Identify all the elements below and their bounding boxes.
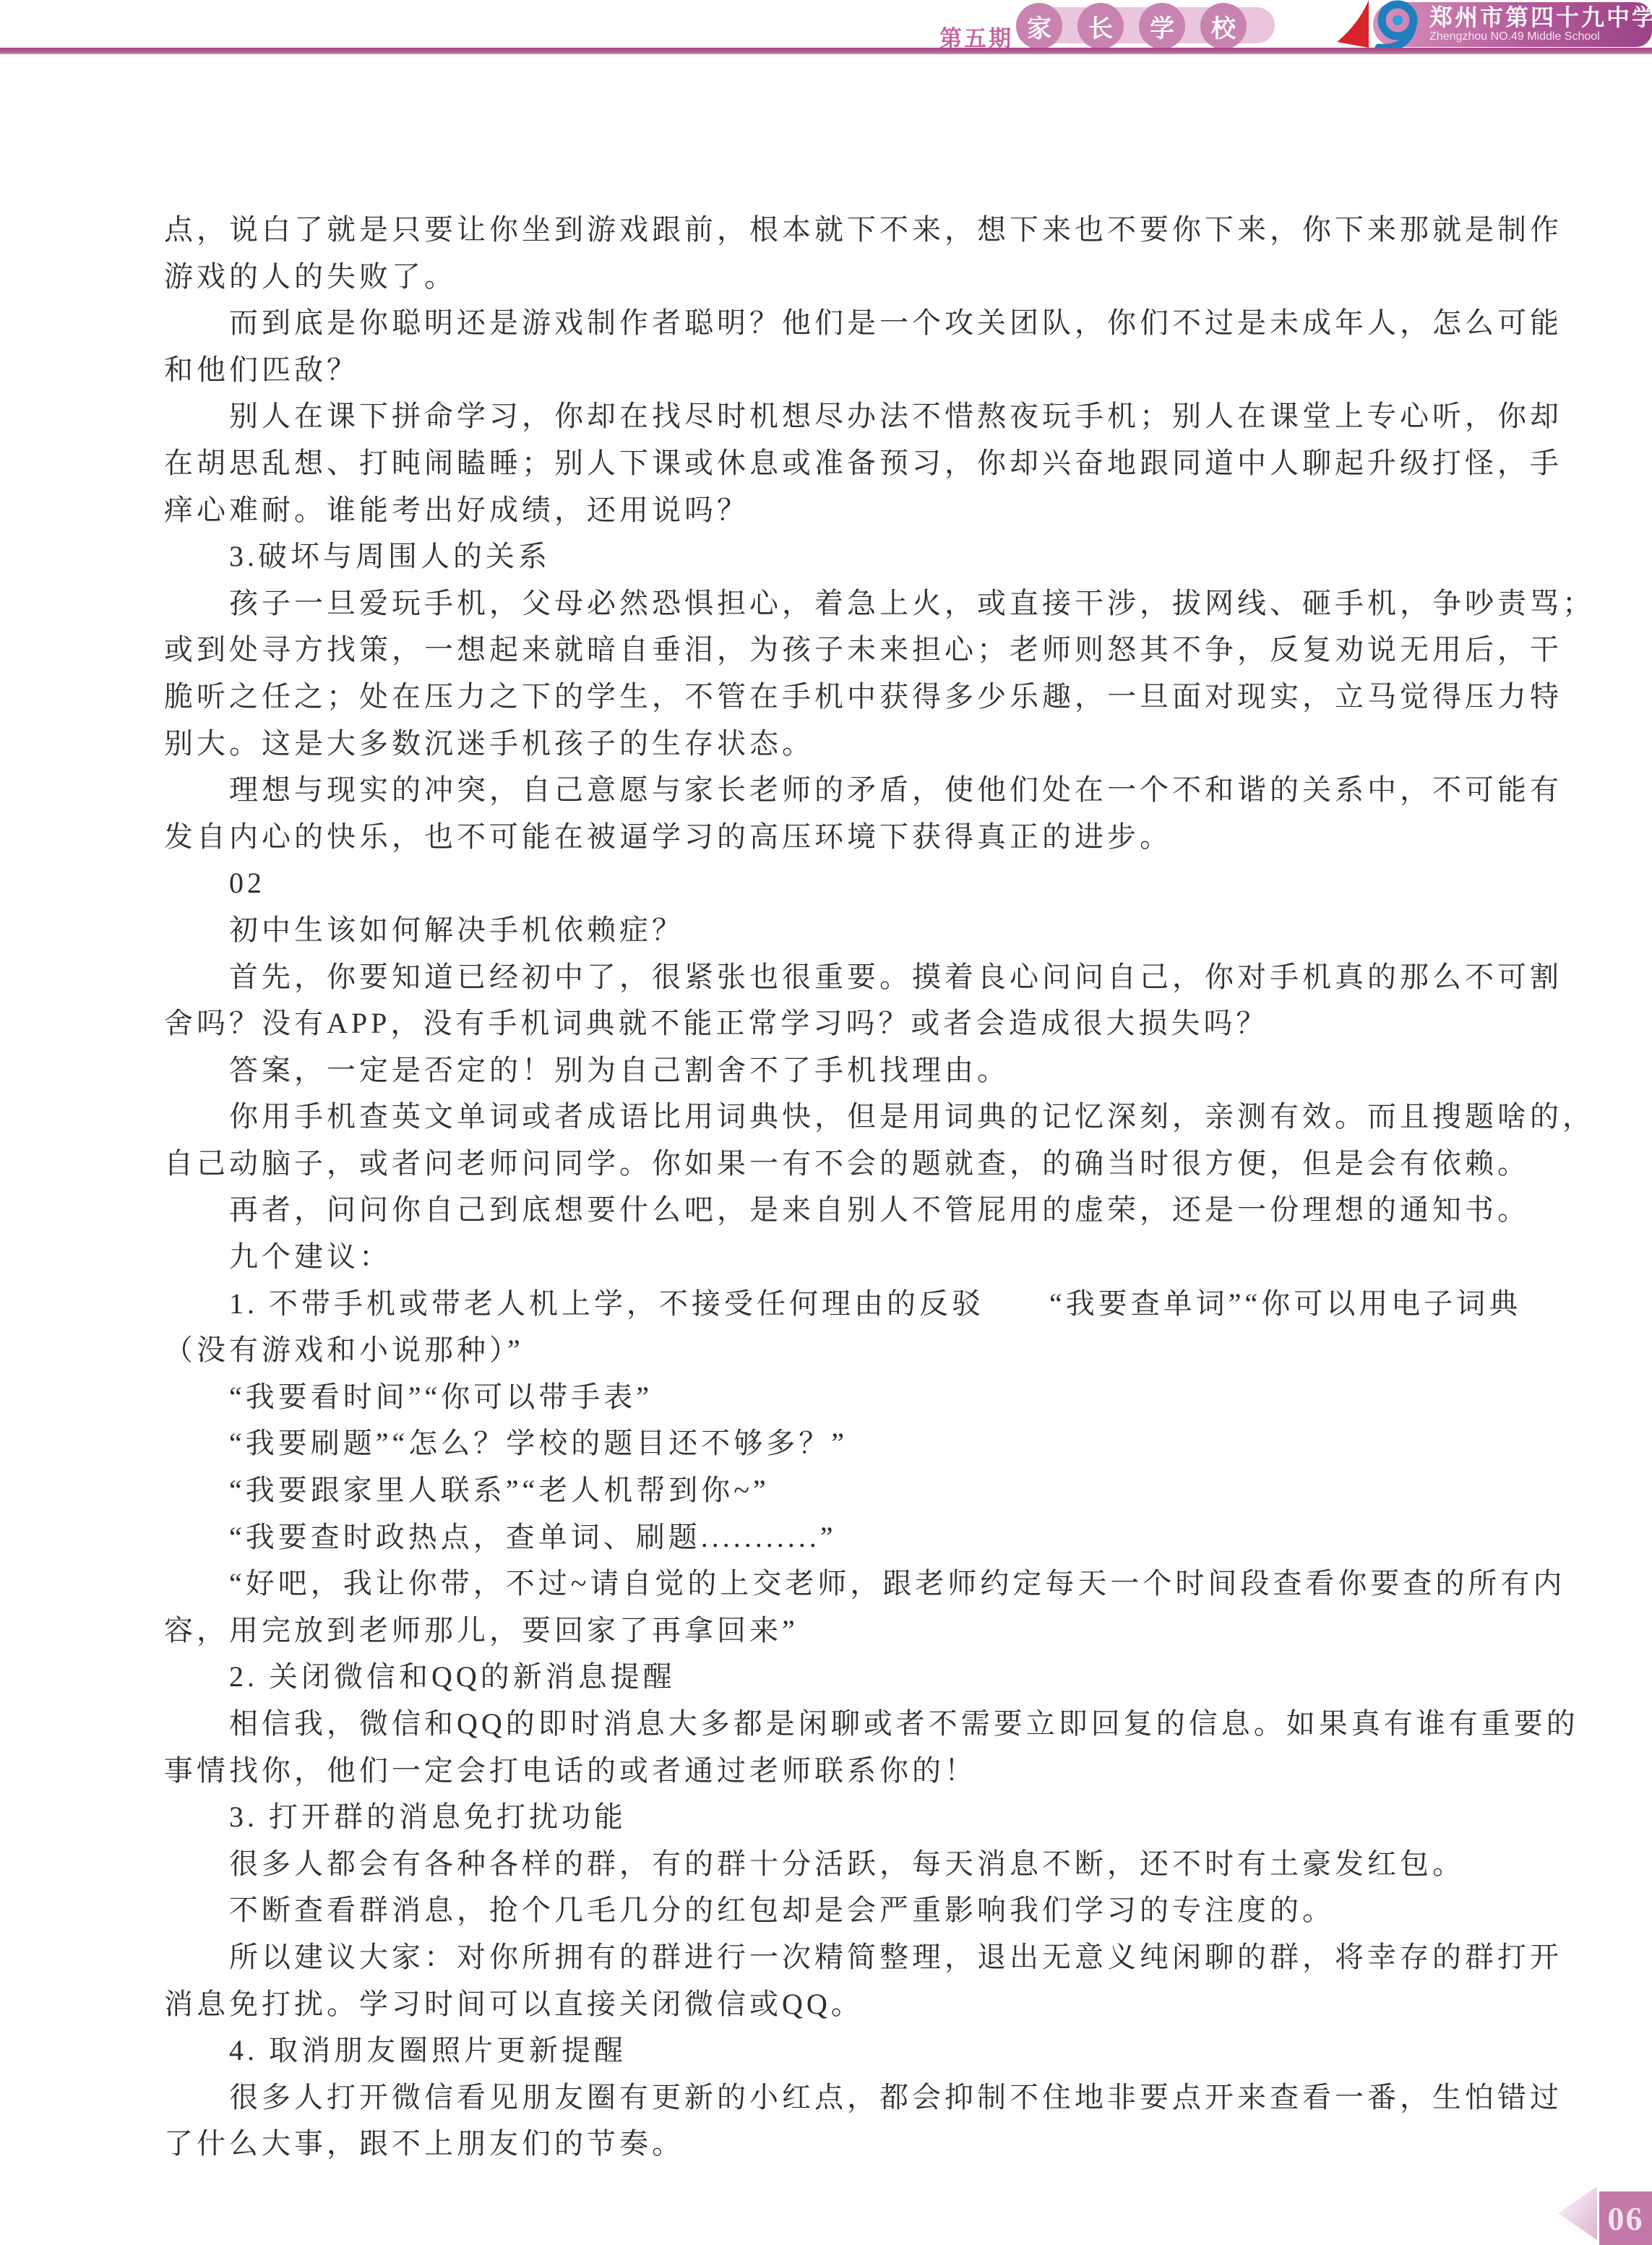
- article-line: 容，用完放到老师那儿，要回家了再拿回来”: [164, 1607, 1527, 1654]
- article-line: 别大。这是大多数沉迷手机孩子的生存状态。: [164, 721, 1527, 768]
- masthead-char-badge: 长: [1077, 3, 1124, 49]
- masthead-char: 学: [1150, 9, 1174, 44]
- masthead-char: 家: [1027, 9, 1051, 44]
- article-line: 孩子一旦爱玩手机，父母必然恐惧担心，着急上火，或直接干涉，拔网线、砸手机，争吵责…: [164, 580, 1527, 627]
- article-line: 或到处寻方找策，一想起来就暗自垂泪，为孩子未来担心；老师则怒其不争，反复劝说无用…: [164, 627, 1527, 674]
- article-line: 和他们匹敌？: [164, 347, 1527, 394]
- article-line: 了什么大事，跟不上朋友们的节奏。: [164, 2121, 1527, 2168]
- article-line: 而到底是你聪明还是游戏制作者聪明？他们是一个攻关团队，你们不过是未成年人，怎么可…: [164, 300, 1527, 347]
- school-name-cn: 郑州市第四十九中学: [1429, 5, 1652, 30]
- article-line: 02: [164, 860, 1527, 907]
- article-line: 答案，一定是否定的！别为自己割舍不了手机找理由。: [164, 1047, 1527, 1094]
- page-number: 06: [1608, 2199, 1644, 2238]
- article-line: 痒心难耐。谁能考出好成绩，还用说吗？: [164, 487, 1527, 534]
- article-line: 别人在课下拼命学习，你却在找尽时机想尽办法不惜熬夜玩手机；别人在课堂上专心听，你…: [164, 393, 1527, 440]
- article-line: 理想与现实的冲突，自己意愿与家长老师的矛盾，使他们处在一个不和谐的关系中，不可能…: [164, 767, 1527, 814]
- masthead-char-badge: 校: [1200, 3, 1247, 49]
- article-line: 很多人都会有各种各样的群，有的群十分活跃，每天消息不断，还不时有土豪发红包。: [164, 1841, 1527, 1888]
- article-line: “我要看时间”“你可以带手表”: [164, 1374, 1527, 1421]
- page-number-box: 06: [1599, 2192, 1652, 2245]
- article-line: 你用手机查英文单词或者成语比用词典快，但是用词典的记忆深刻，亲测有效。而且搜题啥…: [164, 1094, 1527, 1141]
- school-name-en: Zhengzhou NO.49 Middle School: [1429, 30, 1652, 44]
- article-line: 舍吗？没有APP，没有手机词典就不能正常学习吗？或者会造成很大损失吗？: [164, 1000, 1527, 1047]
- header-divider-rule: [0, 48, 1652, 54]
- article-line: 不断查看群消息，抢个几毛几分的红包却是会严重影响我们学习的专注度的。: [164, 1887, 1527, 1934]
- article-line: 脆听之任之；处在压力之下的学生，不管在手机中获得多少乐趣，一旦面对现实，立马觉得…: [164, 674, 1527, 721]
- article-line: 3.破坏与周围人的关系: [164, 533, 1527, 580]
- article-line: “好吧，我让你带，不过~请自觉的上交老师，跟老师约定每天一个时间段查看你要查的所…: [164, 1561, 1527, 1607]
- article-line: 4. 取消朋友圈照片更新提醒: [164, 2027, 1527, 2074]
- article-line: 九个建议：: [164, 1234, 1527, 1281]
- article-line: 自己动脑子，或者问老师问同学。你如果一有不会的题就查，的确当时很方便，但是会有依…: [164, 1141, 1527, 1188]
- masthead-char-badge: 家: [1016, 3, 1062, 49]
- article-line: （没有游戏和小说那种）”: [164, 1327, 1527, 1374]
- article-line: 点，说白了就是只要让你坐到游戏跟前，根本就下不来，想下来也不要你下来，你下来那就…: [164, 207, 1527, 254]
- article-line: “我要查时政热点，查单词、刷题...........”: [164, 1514, 1527, 1561]
- article-line: 1. 不带手机或带老人机上学，不接受任何理由的反驳 “我要查单词”“你可以用电子…: [164, 1281, 1527, 1328]
- article-line: 消息免打扰。学习时间可以直接关闭微信或QQ。: [164, 1981, 1527, 2028]
- masthead-char-badge: 学: [1139, 3, 1185, 49]
- article-line: “我要刷题”“怎么？学校的题目还不够多？”: [164, 1420, 1527, 1467]
- footer-triangle-icon: [1554, 2183, 1599, 2244]
- article-line: 首先，你要知道已经初中了，很紧张也很重要。摸着良心问问自己，你对手机真的那么不可…: [164, 954, 1527, 1001]
- article-line: 事情找你，他们一定会打电话的或者通过老师联系你的！: [164, 1748, 1527, 1795]
- article-line: 发自内心的快乐，也不可能在被逼学习的高压环境下获得真正的进步。: [164, 814, 1527, 861]
- article-line: “我要跟家里人联系”“老人机帮到你~”: [164, 1467, 1527, 1514]
- article-line: 所以建议大家：对你所拥有的群进行一次精简整理，退出无意义纯闲聊的群，将幸存的群打…: [164, 1934, 1527, 1981]
- masthead-char: 校: [1211, 9, 1236, 44]
- article-line: 游戏的人的失败了。: [164, 254, 1527, 301]
- article-line: 相信我，微信和QQ的即时消息大多都是闲聊或者不需要立即回复的信息。如果真有谁有重…: [164, 1701, 1527, 1748]
- article-line: 2. 关闭微信和QQ的新消息提醒: [164, 1654, 1527, 1701]
- newsletter-page: 第五期 家 长 学 校 郑州市第四十九中学 Zhengzhou NO.49 Mi…: [0, 0, 1652, 2245]
- article-line: 3. 打开群的消息免打扰功能: [164, 1794, 1527, 1841]
- article-body: 点，说白了就是只要让你坐到游戏跟前，根本就下不来，想下来也不要你下来，你下来那就…: [164, 207, 1527, 2168]
- article-line: 很多人打开微信看见朋友圈有更新的小红点，都会抑制不住地非要点开来查看一番，生怕错…: [164, 2074, 1527, 2121]
- article-line: 再者，问问你自己到底想要什么吧，是来自别人不管屁用的虚荣，还是一份理想的通知书。: [164, 1187, 1527, 1234]
- article-line: 初中生该如何解决手机依赖症？: [164, 907, 1527, 954]
- school-logo-49-sailboat-icon: [1331, 0, 1440, 52]
- masthead-char: 长: [1088, 9, 1113, 44]
- article-line: 在胡思乱想、打盹闹瞌睡；别人下课或休息或准备预习，你却兴奋地跟同道中人聊起升级打…: [164, 440, 1527, 487]
